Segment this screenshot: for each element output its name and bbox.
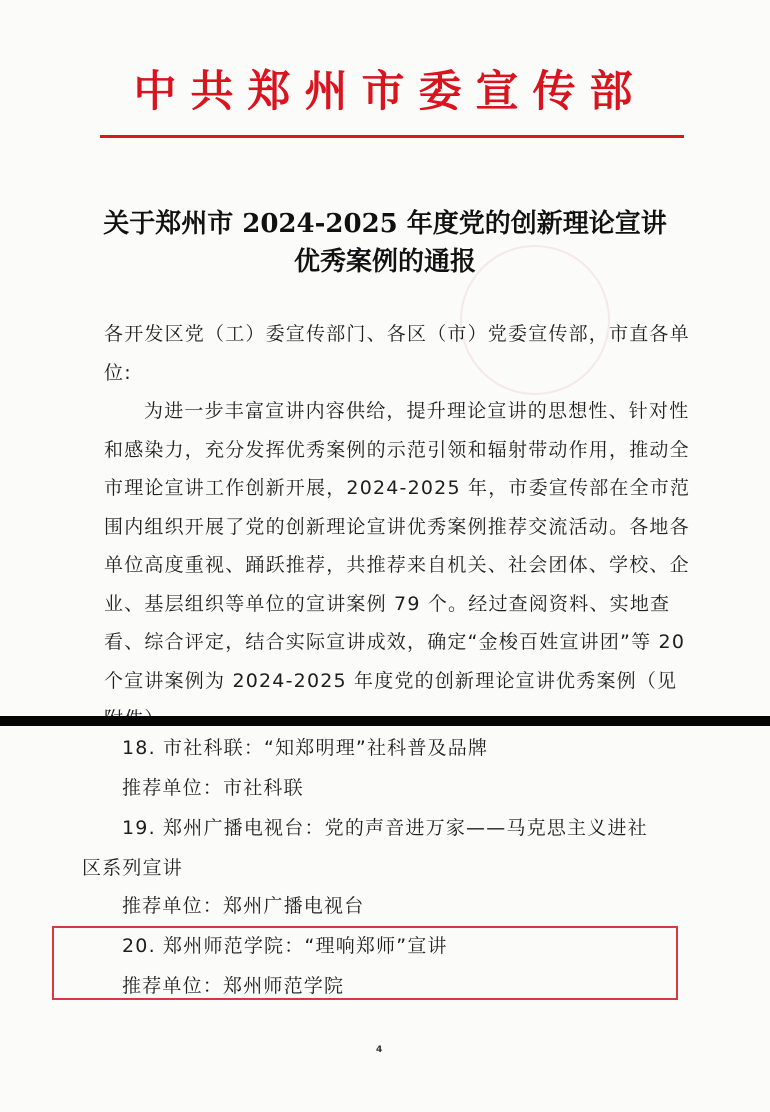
document-title: 关于郑州市 2024-2025 年度党的创新理论宣讲 优秀案例的通报 [0, 205, 770, 281]
page-number: 4 [376, 1045, 382, 1055]
salutation: 各开发区党（工）委宣传部门、各区（市）党委宣传部，市直各单位: [104, 315, 694, 392]
list-item-18-title: 18. 市社科联：“知郑明理”社科普及品牌 [122, 730, 488, 766]
highlight-annotation-box [52, 926, 678, 1000]
red-header-rule [100, 135, 684, 138]
screenshot-splice-divider [0, 716, 770, 726]
document-page-attachment-section [0, 726, 770, 1112]
issuer-masthead: 中共郑州市委宣传部 [0, 62, 770, 122]
list-item-19-title-line-2: 区系列宣讲 [82, 850, 183, 886]
list-item-19-title-line-1: 19. 郑州广播电视台：党的声音进万家——马克思主义进社 [122, 810, 648, 846]
list-item-19-recommender: 推荐单位：郑州广播电视台 [122, 888, 364, 924]
list-item-18-recommender: 推荐单位：市社科联 [122, 770, 304, 806]
body-paragraph: 为进一步丰富宣讲内容供给，提升理论宣讲的思想性、针对性和感染力，充分发挥优秀案例… [104, 392, 694, 739]
document-title-line-2: 优秀案例的通报 [0, 243, 770, 281]
document-title-line-1: 关于郑州市 2024-2025 年度党的创新理论宣讲 [0, 205, 770, 243]
